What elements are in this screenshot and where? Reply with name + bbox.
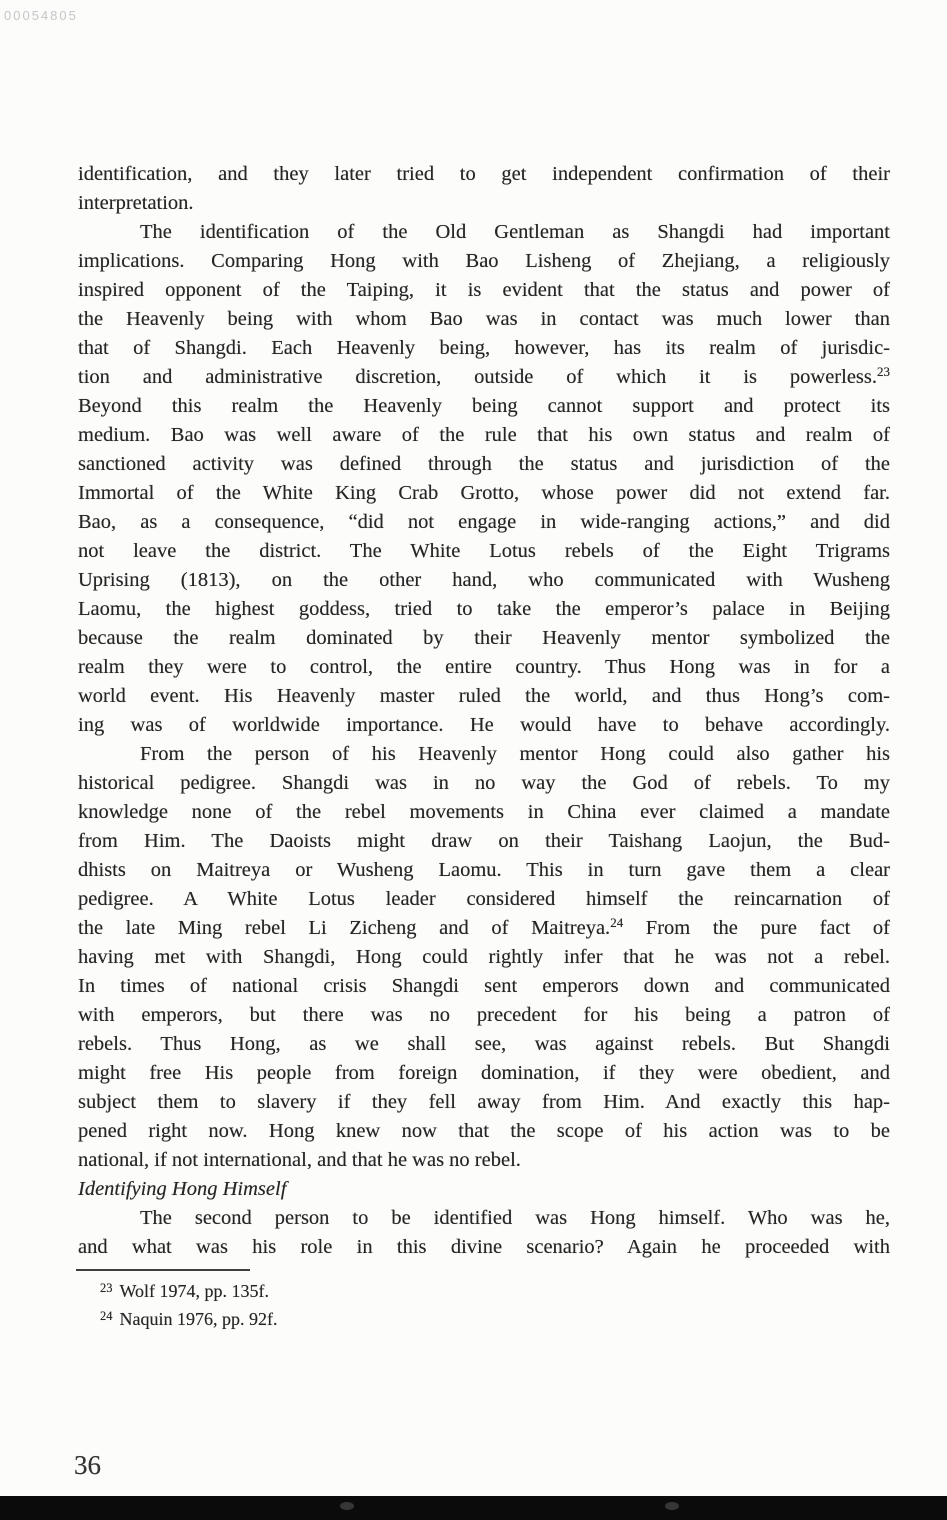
text-line: identification, and they later tried to … xyxy=(78,160,890,189)
scan-smudge xyxy=(340,1502,354,1510)
text-line: national, if not international, and that… xyxy=(78,1146,890,1175)
text-line: The second person to be identified was H… xyxy=(78,1204,890,1233)
footnote-text: Naquin 1976, pp. 92f. xyxy=(120,1309,278,1329)
scan-smudge xyxy=(665,1502,679,1510)
scanned-page: 00054805 identification, and they later … xyxy=(0,0,947,1520)
paragraph: From the person of his Heavenly mentor H… xyxy=(78,740,890,1175)
text-line: Laomu, the highest goddess, tried to tak… xyxy=(78,595,890,624)
text-line: inspired opponent of the Taiping, it is … xyxy=(78,276,890,305)
text-line: Beyond this realm the Heavenly being can… xyxy=(78,392,890,421)
text-line: realm they were to control, the entire c… xyxy=(78,653,890,682)
text-line: sanctioned activity was defined through … xyxy=(78,450,890,479)
text-line: the Heavenly being with whom Bao was in … xyxy=(78,305,890,334)
text-line: having met with Shangdi, Hong could righ… xyxy=(78,943,890,972)
footnote-marker: 24 xyxy=(100,1309,113,1323)
section-heading: Identifying Hong Himself xyxy=(78,1175,890,1204)
text-line: and what was his role in this divine sce… xyxy=(78,1233,890,1262)
text-line: medium. Bao was well aware of the rule t… xyxy=(78,421,890,450)
text-line: from Him. The Daoists might draw on thei… xyxy=(78,827,890,856)
text-line: ing was of worldwide importance. He woul… xyxy=(78,711,890,740)
scan-stamp-number: 00054805 xyxy=(4,8,78,23)
text-blocks: identification, and they later tried to … xyxy=(78,160,890,1262)
text-line: From the person of his Heavenly mentor H… xyxy=(78,740,890,769)
scan-edge-bar xyxy=(0,1496,947,1520)
text-line: pened right now. Hong knew now that the … xyxy=(78,1117,890,1146)
text-line: subject them to slavery if they fell awa… xyxy=(78,1088,890,1117)
text-line: Uprising (1813), on the other hand, who … xyxy=(78,566,890,595)
text-line: that of Shangdi. Each Heavenly being, ho… xyxy=(78,334,890,363)
body-text: identification, and they later tried to … xyxy=(78,160,890,1333)
text-line: Bao, as a consequence, “did not engage i… xyxy=(78,508,890,537)
text-line: The identification of the Old Gentleman … xyxy=(78,218,890,247)
text-line: rebels. Thus Hong, as we shall see, was … xyxy=(78,1030,890,1059)
text-line: the late Ming rebel Li Zicheng and of Ma… xyxy=(78,914,890,943)
text-line: dhists on Maitreya or Wusheng Laomu. Thi… xyxy=(78,856,890,885)
text-line: with emperors, but there was no preceden… xyxy=(78,1001,890,1030)
text-line: historical pedigree. Shangdi was in no w… xyxy=(78,769,890,798)
footnote: 24Naquin 1976, pp. 92f. xyxy=(78,1305,890,1333)
footnote-marker: 23 xyxy=(100,1281,113,1295)
paragraph: The identification of the Old Gentleman … xyxy=(78,218,890,740)
footnotes-section: 23Wolf 1974, pp. 135f. 24Naquin 1976, pp… xyxy=(78,1269,890,1333)
text-line: might free His people from foreign domin… xyxy=(78,1059,890,1088)
text-line: knowledge none of the rebel movements in… xyxy=(78,798,890,827)
text-line: not leave the district. The White Lotus … xyxy=(78,537,890,566)
footnote-text: Wolf 1974, pp. 135f. xyxy=(120,1281,270,1301)
text-line: world event. His Heavenly master ruled t… xyxy=(78,682,890,711)
footnote-rule xyxy=(76,1269,250,1271)
text-line: because the realm dominated by their Hea… xyxy=(78,624,890,653)
footnote-reference: 24 xyxy=(610,915,623,930)
text-line: tion and administrative discretion, outs… xyxy=(78,363,890,392)
paragraph: The second person to be identified was H… xyxy=(78,1204,890,1262)
text-line: Immortal of the White King Crab Grotto, … xyxy=(78,479,890,508)
text-line: implications. Comparing Hong with Bao Li… xyxy=(78,247,890,276)
paragraph: identification, and they later tried to … xyxy=(78,160,890,218)
text-line: pedigree. A White Lotus leader considere… xyxy=(78,885,890,914)
page-number: 36 xyxy=(74,1450,101,1481)
text-line: interpretation. xyxy=(78,189,890,218)
text-line: In times of national crisis Shangdi sent… xyxy=(78,972,890,1001)
footnote: 23Wolf 1974, pp. 135f. xyxy=(78,1277,890,1305)
footnote-reference: 23 xyxy=(877,364,890,379)
